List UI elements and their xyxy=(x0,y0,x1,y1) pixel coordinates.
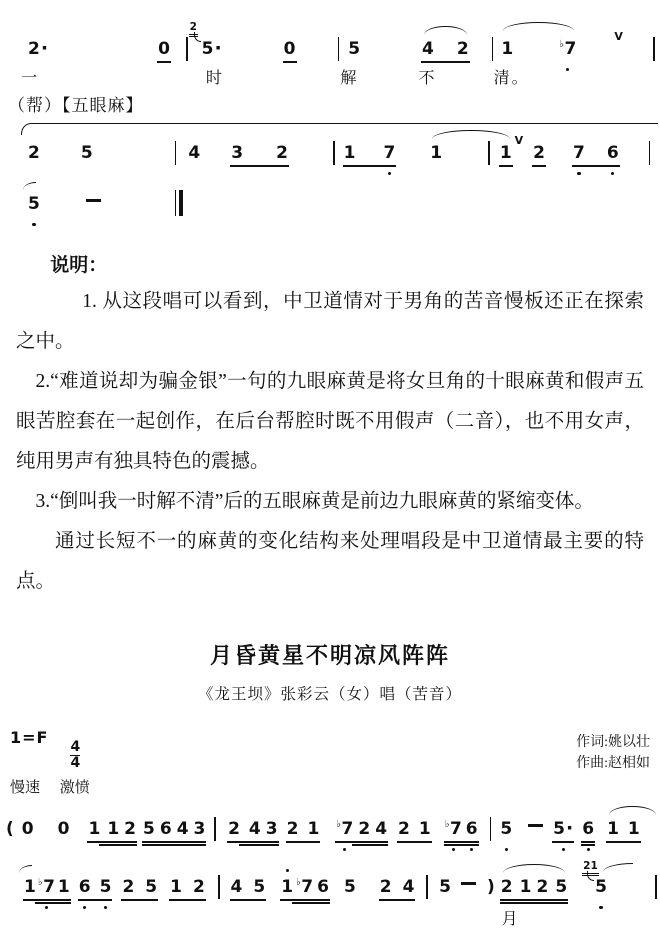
octave-dot-high xyxy=(286,869,289,872)
beam-group: ♭76 xyxy=(293,871,329,899)
octave-dot-low xyxy=(343,848,346,851)
beam-line xyxy=(99,844,137,846)
notes-section: 说明： 1. 从这段唱可以看到，中卫道情对于男角的苦音慢板还正在探索之中。 2.… xyxy=(0,250,660,602)
note: 5 xyxy=(344,875,356,899)
octave-dot-low xyxy=(470,848,473,851)
tempo-marking: 慢速 xyxy=(10,780,40,796)
beam-line xyxy=(352,844,388,846)
note: 1 xyxy=(344,141,356,165)
note-digit: 2 xyxy=(287,819,299,839)
note-digit: 7 xyxy=(564,39,576,59)
note-digit: 6 xyxy=(79,877,91,897)
lyric-syllable: 一 xyxy=(21,66,39,92)
notes-paragraph-4: 通过长短不一的麻黄的变化结构来处理唱段是中卫道情最主要的特点。 xyxy=(16,522,644,602)
note-digit: 6 xyxy=(317,877,329,897)
note: 6 xyxy=(317,875,329,899)
note: 5· xyxy=(553,816,573,841)
barline xyxy=(490,817,492,841)
notes-paragraph-2: 2.“难道说却为骗金银”一句的九眼麻黄是将女旦角的十眼麻黄和假声五眼苦腔套在一起… xyxy=(16,362,644,482)
note: 2 xyxy=(398,817,410,841)
beam-line xyxy=(444,841,479,843)
beam-group: 65 xyxy=(79,875,112,899)
note: 3 xyxy=(266,817,278,841)
note: ♭7 xyxy=(559,33,576,61)
note-digit: 3 xyxy=(194,819,206,839)
beam-line xyxy=(500,902,568,904)
dash-note xyxy=(528,824,543,827)
note: 1 xyxy=(281,875,293,899)
beam-group: 24 xyxy=(380,875,415,899)
note: 5 xyxy=(100,875,112,899)
note-digit: 4 xyxy=(249,819,261,839)
beam-group: 21 xyxy=(398,817,431,841)
bottom-score: (00112564324321♭72421♭7655·6111♭71652512… xyxy=(0,797,660,934)
note: 5 xyxy=(253,875,265,899)
note-digit: 7 xyxy=(342,819,354,839)
time-signature-denominator: 4 xyxy=(70,755,80,771)
octave-dot-low xyxy=(587,848,590,851)
note-digit: 1 xyxy=(628,819,640,839)
note-digit: 2 xyxy=(358,819,370,839)
notation-line: 254321711V276 xyxy=(0,118,660,170)
beam-line xyxy=(35,902,71,904)
beam-group: 1♭7 xyxy=(501,33,576,61)
note-digit: 4 xyxy=(188,143,200,163)
barline xyxy=(655,875,657,899)
note: 5 xyxy=(439,875,451,899)
barline xyxy=(175,141,177,165)
beam-line xyxy=(121,899,158,901)
note: 6 xyxy=(160,817,172,841)
note-digit: 2 xyxy=(124,819,136,839)
note: 0 xyxy=(58,817,70,841)
beam-group: 12 xyxy=(170,875,205,899)
note: 1 xyxy=(307,817,319,841)
note-digit: 5 xyxy=(555,877,567,897)
note: 4 xyxy=(403,875,415,899)
note: 2 xyxy=(457,37,469,61)
barline xyxy=(649,141,651,165)
note-digit: 5 xyxy=(595,877,607,897)
note-digit: 1 xyxy=(24,877,36,897)
note: ♭7 xyxy=(38,871,55,899)
beam-line xyxy=(157,61,171,63)
beam-group: 43 xyxy=(240,817,278,841)
beam-group: 11 xyxy=(430,141,511,165)
octave-dot-low xyxy=(562,848,565,851)
note: 1 xyxy=(419,817,431,841)
beam-line xyxy=(142,841,206,843)
note-digit: 0 xyxy=(284,39,296,59)
section-label: （帮）【五眼麻】 xyxy=(0,94,660,118)
note: 5 xyxy=(555,875,567,899)
note: 1 xyxy=(107,817,119,841)
note-digit: 0 xyxy=(58,819,70,839)
note-digit: 0 xyxy=(22,819,34,839)
barline xyxy=(333,141,335,165)
flat-sign: ♭ xyxy=(38,877,43,888)
beam-line xyxy=(87,841,137,843)
note: 1 xyxy=(170,875,182,899)
note-digit: 6 xyxy=(607,143,619,163)
note: 2 xyxy=(28,141,40,165)
note: 5 xyxy=(81,141,93,165)
beam-line xyxy=(500,899,568,901)
bracket-text: ( xyxy=(6,817,14,841)
note: 2 xyxy=(228,817,240,841)
note: 2 xyxy=(380,875,392,899)
note: 5 xyxy=(28,192,40,216)
beam-line xyxy=(421,61,470,63)
key-row: 1=F 4 4 作词:姚以壮 作曲:赵相如 xyxy=(0,728,660,774)
note: 4 xyxy=(231,875,243,899)
beam-group: 17 xyxy=(344,141,396,165)
beam-group: 76 xyxy=(573,141,619,165)
bracket-text: ) xyxy=(487,875,495,899)
augmentation-dot: · xyxy=(566,816,573,840)
note: 2 xyxy=(501,875,513,899)
note-digit: 2 xyxy=(276,143,288,163)
song-subtitle: 《龙王坝》张彩云（女）唱（苦音） xyxy=(0,684,660,706)
breath-mark: V xyxy=(515,134,524,147)
note: ♭7 xyxy=(296,871,313,899)
notation-line: 5 xyxy=(0,174,660,226)
lyrics-row: 月 xyxy=(0,907,660,934)
note: 0 xyxy=(22,817,34,841)
beam-line xyxy=(379,899,416,901)
note-digit: 1 xyxy=(607,819,619,839)
note-digit: 1 xyxy=(88,819,100,839)
beam-line xyxy=(230,165,289,167)
beam-group: ♭76 xyxy=(445,813,478,841)
note-digit: 2 xyxy=(380,877,392,897)
grace-hook xyxy=(194,32,201,42)
note: 1 xyxy=(501,37,513,61)
beam-line xyxy=(532,165,546,167)
flat-sign: ♭ xyxy=(336,819,341,830)
note-digit: 4 xyxy=(422,39,434,59)
note-digit: 5 xyxy=(500,819,512,839)
dash-note xyxy=(461,882,476,885)
note: 2 xyxy=(287,817,299,841)
slur-arc xyxy=(503,864,565,873)
beam-line xyxy=(292,902,330,904)
note-digit: 6 xyxy=(582,819,594,839)
note: 2 xyxy=(533,141,545,165)
note-digit: 7 xyxy=(383,143,395,163)
top-notation-section: 2·025·05421♭7V一时解不清。（帮）【五眼麻】254321711V27… xyxy=(0,14,660,226)
beam-group: ♭724 xyxy=(336,813,387,841)
lyric-syllable: 时 xyxy=(206,66,224,92)
beam-line xyxy=(280,899,330,901)
slur-arc xyxy=(424,26,467,35)
note-digit: 2 xyxy=(228,819,240,839)
beam-line xyxy=(78,899,113,901)
note-digit: 1 xyxy=(107,819,119,839)
breath-mark: V xyxy=(614,30,623,43)
beam-line xyxy=(286,841,321,843)
note-digit: 3 xyxy=(231,143,243,163)
note: 1 xyxy=(628,817,640,841)
beam-group: 112 xyxy=(88,817,136,841)
note-digit: 2 xyxy=(193,877,205,897)
slur-arc xyxy=(609,806,656,815)
note-digit: 2 xyxy=(536,877,548,897)
mood-marking: 激愤 xyxy=(60,780,90,796)
notes-heading: 说明： xyxy=(16,250,644,280)
beam-group: 12 xyxy=(100,817,136,841)
top-score: 2·025·05421♭7V一时解不清。（帮）【五眼麻】254321711V27… xyxy=(0,14,660,226)
note-digit: 2 xyxy=(457,39,469,59)
note: 6 xyxy=(79,875,91,899)
beam-group: 2125 xyxy=(501,875,567,899)
note-digit: 5 xyxy=(145,877,157,897)
beam-group: 1♭71 xyxy=(24,871,70,899)
note: 3 xyxy=(194,817,206,841)
note: 7 xyxy=(383,141,395,165)
note-digit: 2 xyxy=(28,143,40,163)
barline xyxy=(653,37,655,61)
note: 1 xyxy=(607,817,619,841)
note-digit: 5 xyxy=(143,819,155,839)
beam-group: 25 xyxy=(122,875,157,899)
note-digit: 7 xyxy=(450,819,462,839)
note-digit: 1 xyxy=(281,877,293,897)
note: 7 xyxy=(573,141,585,165)
lyric-syllable: 清。 xyxy=(494,66,530,92)
beam-group: 1♭76 xyxy=(281,871,329,899)
notes-paragraph-1: 1. 从这段唱可以看到，中卫道情对于男角的苦音慢板还正在探索之中。 xyxy=(16,282,644,362)
lyric-syllable: 月 xyxy=(502,907,520,933)
beam-line xyxy=(169,899,206,901)
note: 4 xyxy=(422,37,434,61)
note-digit: 1 xyxy=(344,143,356,163)
note-digit: 4 xyxy=(375,819,387,839)
sheet-music-page: 2·025·05421♭7V一时解不清。（帮）【五眼麻】254321711V27… xyxy=(0,0,660,934)
note-digit: 1 xyxy=(307,819,319,839)
note-digit: 1 xyxy=(430,143,442,163)
note-digit: 5 xyxy=(100,877,112,897)
slur-in xyxy=(23,182,36,190)
slur-out xyxy=(603,863,633,872)
beam-group: 42 xyxy=(422,37,469,61)
note: 1 xyxy=(500,141,512,165)
note-digit: 5 xyxy=(439,877,451,897)
note-digit: 6 xyxy=(466,819,478,839)
note: 1 xyxy=(58,875,70,899)
note-digit: 1 xyxy=(500,143,512,163)
beam-line xyxy=(335,841,388,843)
beam-line xyxy=(572,165,620,167)
lyrics-row: 一时解不清。 xyxy=(0,66,660,94)
note: 25· xyxy=(202,36,222,61)
slur-arc xyxy=(503,22,574,31)
note: 5 xyxy=(500,817,512,841)
beam-line xyxy=(581,844,595,846)
notation-line: (00112564324321♭72421♭7655·611 xyxy=(0,797,660,849)
note-digit: 7 xyxy=(573,143,585,163)
note: 215 xyxy=(595,875,607,899)
composer-credit: 作曲:赵相如 xyxy=(576,753,650,774)
note-digit: 4 xyxy=(403,877,415,897)
beam-line xyxy=(23,899,71,901)
note: 1 xyxy=(520,875,532,899)
note-digit: 7 xyxy=(43,877,55,897)
note: 3 xyxy=(231,141,243,165)
beam-line xyxy=(499,165,513,167)
lyric-syllable: 不 xyxy=(418,66,436,92)
note: ♭7 xyxy=(445,813,462,841)
time-signature-numerator: 4 xyxy=(70,740,80,755)
note: ♭7 xyxy=(336,813,353,841)
beam-line xyxy=(581,841,595,843)
barline xyxy=(492,37,494,61)
note: 4 xyxy=(177,817,189,841)
beam-line xyxy=(239,844,279,846)
grace-hook xyxy=(587,871,594,881)
beam-group: 21 xyxy=(287,817,320,841)
slur-arc xyxy=(432,130,509,139)
notation-line: 2·025·05421♭7V xyxy=(0,14,660,66)
note: 1 xyxy=(430,141,442,165)
note-digit: 5 xyxy=(348,39,360,59)
note-digit: 5 xyxy=(202,39,214,59)
lyricist-credit: 作词:姚以壮 xyxy=(576,732,650,753)
beam-line xyxy=(230,899,267,901)
flat-sign: ♭ xyxy=(445,819,450,830)
note-digit: 5 xyxy=(344,877,356,897)
beam-line xyxy=(343,165,397,167)
dash-note xyxy=(86,199,101,202)
beam-group: 243 xyxy=(228,817,278,841)
note-digit: 2 xyxy=(398,819,410,839)
note: 4 xyxy=(249,817,261,841)
augmentation-dot: · xyxy=(41,36,48,60)
octave-dot-low xyxy=(452,848,455,851)
song-section: 月昏黄星不明凉风阵阵 《龙王坝》张彩云（女）唱（苦音） 1=F 4 4 作词:姚… xyxy=(0,642,660,934)
beam-group: 45 xyxy=(231,875,266,899)
note: 0 xyxy=(158,37,170,61)
slur-in xyxy=(19,865,32,873)
barline xyxy=(426,875,428,899)
beam-line xyxy=(227,841,279,843)
note: 2· xyxy=(28,36,48,61)
note-digit: 1 xyxy=(501,39,513,59)
note: 5 xyxy=(348,37,360,61)
note: 2 xyxy=(536,875,548,899)
barline xyxy=(488,141,490,165)
notes-paragraph-3: 3.“倒叫我一时解不清”后的五眼麻黄是前边九眼麻黄的紧缩变体。 xyxy=(16,482,644,522)
note-digit: 5 xyxy=(28,194,40,214)
key-signature: 1=F xyxy=(10,728,48,747)
note: 0 xyxy=(284,37,296,61)
note-digit: 5 xyxy=(253,877,265,897)
beam-group: 11 xyxy=(607,817,640,841)
note: 2 xyxy=(193,875,205,899)
note-digit: 2 xyxy=(28,39,40,59)
note: 4 xyxy=(375,817,387,841)
note: 2 xyxy=(358,817,370,841)
beam-line xyxy=(606,841,641,843)
tempo-row: 慢速 激愤 xyxy=(0,774,660,797)
note-digit: 1 xyxy=(520,877,532,897)
barline xyxy=(338,37,340,61)
note: 2 xyxy=(124,817,136,841)
beam-group: 24 xyxy=(353,817,387,841)
octave-dot-low xyxy=(505,848,508,851)
beam-group: 5643 xyxy=(143,817,205,841)
note: 6 xyxy=(466,817,478,841)
beam-group: ♭71 xyxy=(36,871,70,899)
barline xyxy=(186,37,188,61)
note-digit: 1 xyxy=(58,877,70,897)
note: 1 xyxy=(24,875,36,899)
note-digit: 1 xyxy=(419,819,431,839)
note: 4 xyxy=(188,141,200,165)
note-digit: 6 xyxy=(160,819,172,839)
note: 1 xyxy=(88,817,100,841)
note-digit: 7 xyxy=(301,877,313,897)
note: 6 xyxy=(607,141,619,165)
beam-line xyxy=(142,844,206,846)
beam-line xyxy=(397,841,432,843)
octave-dot-low xyxy=(32,223,35,226)
beam-group: 32 xyxy=(231,141,288,165)
lyric-syllable: 解 xyxy=(341,66,359,92)
beam-line xyxy=(283,61,297,63)
note-digit: 1 xyxy=(170,877,182,897)
notation-line: 1♭71652512451♭765245)2125215 xyxy=(0,855,660,907)
note: 6 xyxy=(582,817,594,841)
barline xyxy=(218,875,220,899)
note-digit: 2 xyxy=(501,877,513,897)
note-digit: 3 xyxy=(266,819,278,839)
time-signature: 4 4 xyxy=(70,740,80,772)
note-digit: 5 xyxy=(81,143,93,163)
note: 5 xyxy=(143,817,155,841)
note-digit: 4 xyxy=(231,877,243,897)
note-digit: 2 xyxy=(122,877,134,897)
note: 2 xyxy=(122,875,134,899)
augmentation-dot: · xyxy=(214,36,221,60)
beam-line xyxy=(444,844,479,846)
credits: 作词:姚以壮 作曲:赵相如 xyxy=(576,732,650,774)
beam-line xyxy=(552,841,574,843)
note-digit: 4 xyxy=(177,819,189,839)
song-title: 月昏黄星不明凉风阵阵 xyxy=(0,642,660,672)
note-digit: 5 xyxy=(553,819,565,839)
note: 5 xyxy=(145,875,157,899)
note-digit: 0 xyxy=(158,39,170,59)
barline xyxy=(214,817,216,841)
note-digit: 2 xyxy=(533,143,545,163)
note: 2 xyxy=(276,141,288,165)
final-barline xyxy=(175,190,183,216)
